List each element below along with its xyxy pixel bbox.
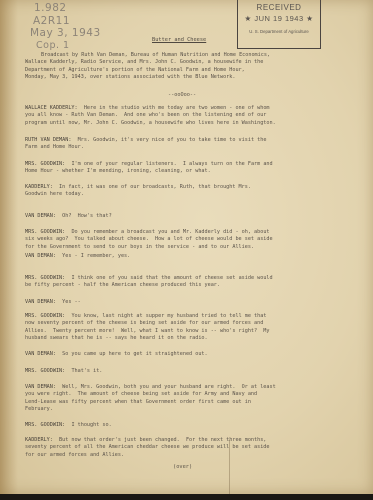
dialogue-text: I think one of you said that the amount … xyxy=(71,275,272,281)
speaker-name: KADDERLY: xyxy=(25,437,59,443)
dialogue-paragraph: RUTH VAN DEMAN: Mrs. Goodwin, it's very … xyxy=(25,137,345,152)
dialogue-line: KADDERLY: In fact, it was one of our bro… xyxy=(25,184,345,191)
dialogue-text: I'm one of your regular listeners. I alw… xyxy=(71,161,272,167)
dialogue-line: Home Hour - whether I'm mending, ironing… xyxy=(25,168,345,175)
dialogue-paragraph: WALLACE KADDERLY: Here in the studio wit… xyxy=(25,105,345,127)
speaker-name: MRS. GOODWIN: xyxy=(25,275,71,281)
separator: --ooOoo-- xyxy=(168,92,196,98)
dialogue-paragraph: VAN DEMAN: Yes - I remember, yes. xyxy=(25,253,345,260)
document-title: Butter and Cheese xyxy=(152,37,206,43)
stamp-department: U. S. Department of Agriculture xyxy=(238,29,320,34)
dialogue-line: MRS. GOODWIN: Do you remember a broadcas… xyxy=(25,229,345,236)
dialogue-paragraph: VAN DEMAN: Oh? How's that? xyxy=(25,213,345,220)
dialogue-line: VAN DEMAN: Well, Mrs. Goodwin, both you … xyxy=(25,384,345,391)
catalog-number: 1.982 xyxy=(30,2,101,15)
speaker-name: RUTH VAN DEMAN: xyxy=(25,137,78,143)
dialogue-line: be fifty percent - half the American che… xyxy=(25,282,345,289)
dialogue-line: for the Government to send to our boys i… xyxy=(25,244,345,251)
speaker-name: VAN DEMAN: xyxy=(25,351,62,357)
speaker-name: MRS. GOODWIN: xyxy=(25,161,71,167)
dialogue-text: So you came up here to get it straighten… xyxy=(62,351,207,357)
intro-line: Department of Agriculture's portion of t… xyxy=(25,67,340,74)
dialogue-text: In fact, it was one of our broadcasts, R… xyxy=(59,184,251,190)
dialogue-text: February. xyxy=(25,406,53,412)
stamp-received: RECEIVED xyxy=(238,3,320,12)
dialogue-line: VAN DEMAN: Oh? How's that? xyxy=(25,213,345,220)
dialogue-text: Well, Mrs. Goodwin, both you and your hu… xyxy=(62,384,276,390)
dialogue-text: But now that order's just been changed. … xyxy=(59,437,266,443)
speaker-name: MRS. GOODWIN: xyxy=(25,368,71,374)
dialogue-text: husband swears that he is -- says he hea… xyxy=(25,335,208,341)
speaker-name: MRS. GOODWIN: xyxy=(25,313,71,319)
dialogue-text: You know, last night at supper my husban… xyxy=(71,313,266,319)
handwritten-catalog-note: 1.982 A2R11 May 3, 1943 Cop. 1 xyxy=(30,2,101,52)
dialogue-line: six weeks ago? You talked about cheese. … xyxy=(25,236,345,243)
dialogue-line: seventy percent of all the American ched… xyxy=(25,444,345,451)
received-stamp: RECEIVED ★ JUN 19 1943 ★ U. S. Departmen… xyxy=(237,0,321,49)
dialogue-paragraph: KADDERLY: In fact, it was one of our bro… xyxy=(25,184,345,199)
dialogue-text: Mrs. Goodwin, it's very nice of you to t… xyxy=(78,137,267,143)
catalog-code: A2R11 xyxy=(30,15,101,28)
dialogue-paragraph: MRS. GOODWIN: You know, last night at su… xyxy=(25,313,345,342)
over-note: (over) xyxy=(173,464,192,470)
dialogue-text: Home Hour - whether I'm mending, ironing… xyxy=(25,168,211,174)
dialogue-line: husband swears that he is -- says he hea… xyxy=(25,335,345,342)
copy-number: Cop. 1 xyxy=(30,40,101,53)
dialogue-paragraph: MRS. GOODWIN: I think one of you said th… xyxy=(25,275,345,290)
dialogue-text: Oh? How's that? xyxy=(62,213,112,219)
dialogue-paragraph: VAN DEMAN: So you came up here to get it… xyxy=(25,351,345,358)
dialogue-text: Goodwin here today. xyxy=(25,191,84,197)
dialogue-line: you were right. The amount of cheese bei… xyxy=(25,391,345,398)
intro-line: Monday, May 3, 1943, over stations assoc… xyxy=(25,74,340,81)
dialogue-text: I thought so. xyxy=(71,422,111,428)
dialogue-line: MRS. GOODWIN: That's it. xyxy=(25,368,345,375)
dialogue-line: program until now, Mr. John C. Goodwin, … xyxy=(25,120,345,127)
dialogue-text: for the Government to send to our boys i… xyxy=(25,244,254,250)
dialogue-text: program until now, Mr. John C. Goodwin, … xyxy=(25,120,276,126)
intro-paragraph: Broadcast by Ruth Van Deman, Bureau of H… xyxy=(25,52,340,81)
dialogue-text: Lend-Lease was fifty percent when that G… xyxy=(25,399,251,405)
intro-line: Broadcast by Ruth Van Deman, Bureau of H… xyxy=(25,52,340,59)
speaker-name: VAN DEMAN: xyxy=(25,253,62,259)
dialogue-line: for our armed forces and Allies. xyxy=(25,452,345,459)
dialogue-text: Yes - I remember, yes. xyxy=(62,253,130,259)
speaker-name: VAN DEMAN: xyxy=(25,213,62,219)
speaker-name: KADDERLY: xyxy=(25,184,59,190)
speaker-name: WALLACE KADDERLY: xyxy=(25,105,84,111)
dialogue-text: Yes -- xyxy=(62,299,81,305)
dialogue-paragraph: VAN DEMAN: Yes -- xyxy=(25,299,345,306)
dialogue-paragraph: KADDERLY: But now that order's just been… xyxy=(25,437,345,459)
speaker-name: VAN DEMAN: xyxy=(25,299,62,305)
dialogue-line: VAN DEMAN: So you came up here to get it… xyxy=(25,351,345,358)
catalog-date: May 3, 1943 xyxy=(30,27,101,40)
dialogue-text: Allies. Twenty percent more! Well, what … xyxy=(25,328,270,334)
speaker-name: VAN DEMAN: xyxy=(25,384,62,390)
dialogue-paragraph: MRS. GOODWIN: I'm one of your regular li… xyxy=(25,161,345,176)
dialogue-text: for our armed forces and Allies. xyxy=(25,452,124,458)
dialogue-line: MRS. GOODWIN: I thought so. xyxy=(25,422,345,429)
dialogue-line: VAN DEMAN: Yes - I remember, yes. xyxy=(25,253,345,260)
dialogue-text: That's it. xyxy=(71,368,102,374)
dialogue-text: you were right. The amount of cheese bei… xyxy=(25,391,257,397)
dialogue-line: MRS. GOODWIN: I'm one of your regular li… xyxy=(25,161,345,168)
dialogue-paragraph: VAN DEMAN: Well, Mrs. Goodwin, both you … xyxy=(25,384,345,413)
speaker-name: MRS. GOODWIN: xyxy=(25,229,71,235)
stamp-date: ★ JUN 19 1943 ★ xyxy=(238,14,320,23)
dialogue-text: seventy percent of all the American ched… xyxy=(25,444,270,450)
dialogue-line: VAN DEMAN: Yes -- xyxy=(25,299,345,306)
dialogue-line: WALLACE KADDERLY: Here in the studio wit… xyxy=(25,105,345,112)
intro-line: Wallace Kadderly, Radio Service, and Mrs… xyxy=(25,59,340,66)
dialogue-line: RUTH VAN DEMAN: Mrs. Goodwin, it's very … xyxy=(25,137,345,144)
dialogue-text: Here in the studio with me today are two… xyxy=(84,105,270,111)
dialogue-line: MRS. GOODWIN: You know, last night at su… xyxy=(25,313,345,320)
dialogue-paragraph: MRS. GOODWIN: Do you remember a broadcas… xyxy=(25,229,345,251)
dialogue-text: six weeks ago? You talked about cheese. … xyxy=(25,236,273,242)
dialogue-line: MRS. GOODWIN: I think one of you said th… xyxy=(25,275,345,282)
dialogue-text: now seventy percent of the cheese is bei… xyxy=(25,320,263,326)
dialogue-text: you all know - Ruth Van Deman. And one w… xyxy=(25,112,266,118)
dialogue-text: Farm and Home Hour. xyxy=(25,144,84,150)
dialogue-line: you all know - Ruth Van Deman. And one w… xyxy=(25,112,345,119)
dialogue-line: KADDERLY: But now that order's just been… xyxy=(25,437,345,444)
dialogue-line: now seventy percent of the cheese is bei… xyxy=(25,320,345,327)
dialogue-line: Goodwin here today. xyxy=(25,191,345,198)
dialogue-line: Farm and Home Hour. xyxy=(25,144,345,151)
speaker-name: MRS. GOODWIN: xyxy=(25,422,71,428)
document-page: 1.982 A2R11 May 3, 1943 Cop. 1 RECEIVED … xyxy=(0,0,373,494)
dialogue-line: Lend-Lease was fifty percent when that G… xyxy=(25,399,345,406)
dialogue-line: Allies. Twenty percent more! Well, what … xyxy=(25,328,345,335)
dialogue-text: Do you remember a broadcast you and Mr. … xyxy=(71,229,269,235)
dialogue-text: be fifty percent - half the American che… xyxy=(25,282,220,288)
dialogue-line: February. xyxy=(25,406,345,413)
dialogue-paragraph: MRS. GOODWIN: That's it. xyxy=(25,368,345,375)
dialogue-paragraph: MRS. GOODWIN: I thought so. xyxy=(25,422,345,429)
